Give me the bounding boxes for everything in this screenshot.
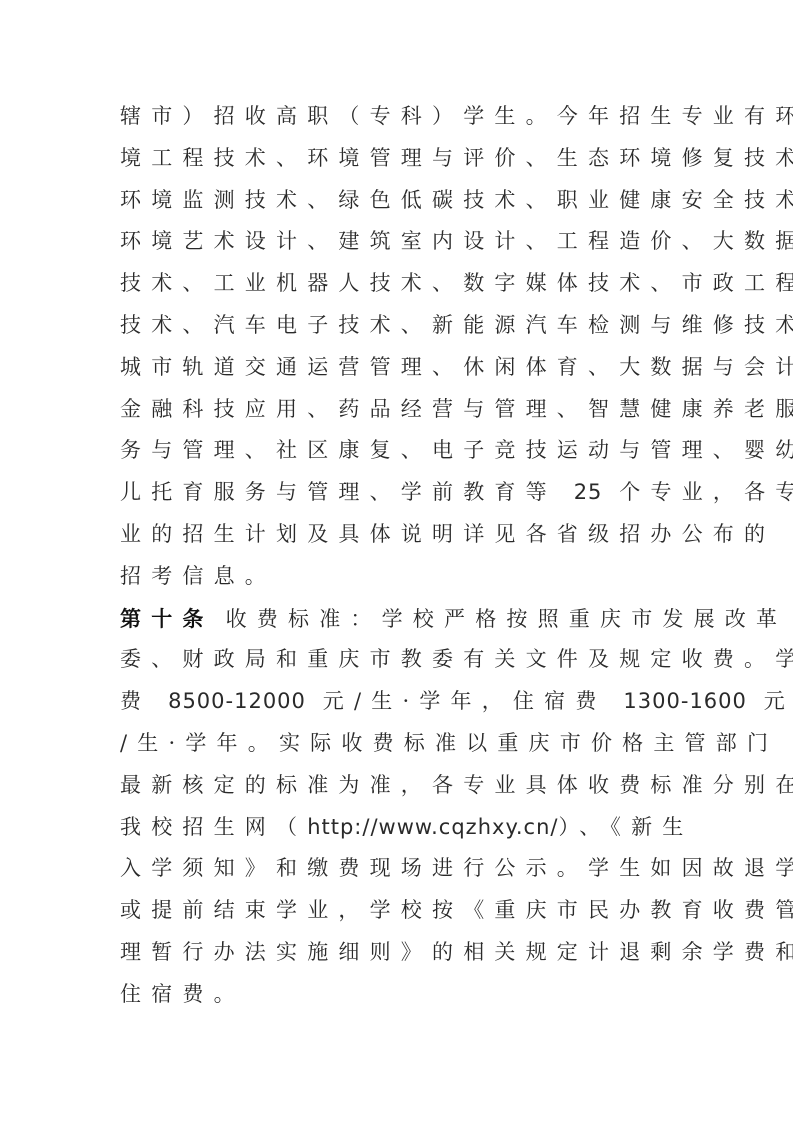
text-line: 招考信息。 bbox=[120, 556, 680, 598]
admissions-url-link[interactable]: http://www.cqzhxy.cn/ bbox=[307, 815, 558, 839]
text-segment: 费 bbox=[120, 689, 168, 713]
text-line: 委、财政局和重庆市教委有关文件及规定收费。学 bbox=[120, 639, 680, 681]
document-page: 辖市）招收高职（专科）学生。今年招生专业有环 境工程技术、环境管理与评价、生态环… bbox=[120, 96, 680, 1016]
text-segment: 元 bbox=[747, 689, 793, 713]
text-line: 住宿费。 bbox=[120, 974, 680, 1016]
text-line: 理暂行办法实施细则》的相关规定计退剩余学费和 bbox=[120, 932, 680, 974]
text-segment: 儿托育服务与管理、学前教育等 bbox=[120, 480, 574, 504]
text-line: 入学须知》和缴费现场进行公示。学生如因故退学 bbox=[120, 848, 680, 890]
text-line: 费 8500-12000 元/生·学年，住宿费 1300-1600 元 bbox=[120, 681, 680, 723]
text-line: 境工程技术、环境管理与评价、生态环境修复技术、 bbox=[120, 138, 680, 180]
text-segment: ）、《新生 bbox=[559, 815, 694, 839]
text-line: 务与管理、社区康复、电子竞技运动与管理、婴幼 bbox=[120, 430, 680, 472]
text-line: 辖市）招收高职（专科）学生。今年招生专业有环 bbox=[120, 96, 680, 138]
text-segment: 个专业，各专 bbox=[602, 480, 793, 504]
text-line: 或提前结束学业，学校按《重庆市民办教育收费管 bbox=[120, 890, 680, 932]
tuition-range: 8500-12000 bbox=[168, 689, 306, 713]
text-segment: 元/生·学年，住宿费 bbox=[306, 689, 624, 713]
text-line: 技术、工业机器人技术、数字媒体技术、市政工程 bbox=[120, 263, 680, 305]
text-line: 我校招生网（http://www.cqzhxy.cn/）、《新生 bbox=[120, 807, 680, 849]
text-line: 技术、汽车电子技术、新能源汽车检测与维修技术、 bbox=[120, 305, 680, 347]
text-line: 儿托育服务与管理、学前教育等 25 个专业，各专 bbox=[120, 472, 680, 514]
text-segment: 我校招生网（ bbox=[120, 815, 307, 839]
article-heading: 第十条 bbox=[120, 606, 214, 631]
major-count: 25 bbox=[574, 480, 603, 504]
text-line: /生·学年。实际收费标准以重庆市价格主管部门 bbox=[120, 723, 680, 765]
text-line: 业的招生计划及具体说明详见各省级招办公布的 bbox=[120, 514, 680, 556]
text-line: 城市轨道交通运营管理、休闲体育、大数据与会计、 bbox=[120, 347, 680, 389]
text-segment: 收费标准：学校严格按照重庆市发展改革 bbox=[226, 607, 788, 631]
text-line: 环境艺术设计、建筑室内设计、工程造价、大数据 bbox=[120, 221, 680, 263]
text-line: 最新核定的标准为准，各专业具体收费标准分别在 bbox=[120, 765, 680, 807]
text-line: 环境监测技术、绿色低碳技术、职业健康安全技术、 bbox=[120, 180, 680, 222]
accommodation-range: 1300-1600 bbox=[623, 689, 746, 713]
article-heading-line: 第十条收费标准：学校严格按照重庆市发展改革 bbox=[120, 598, 680, 640]
text-line: 金融科技应用、药品经营与管理、智慧健康养老服 bbox=[120, 389, 680, 431]
